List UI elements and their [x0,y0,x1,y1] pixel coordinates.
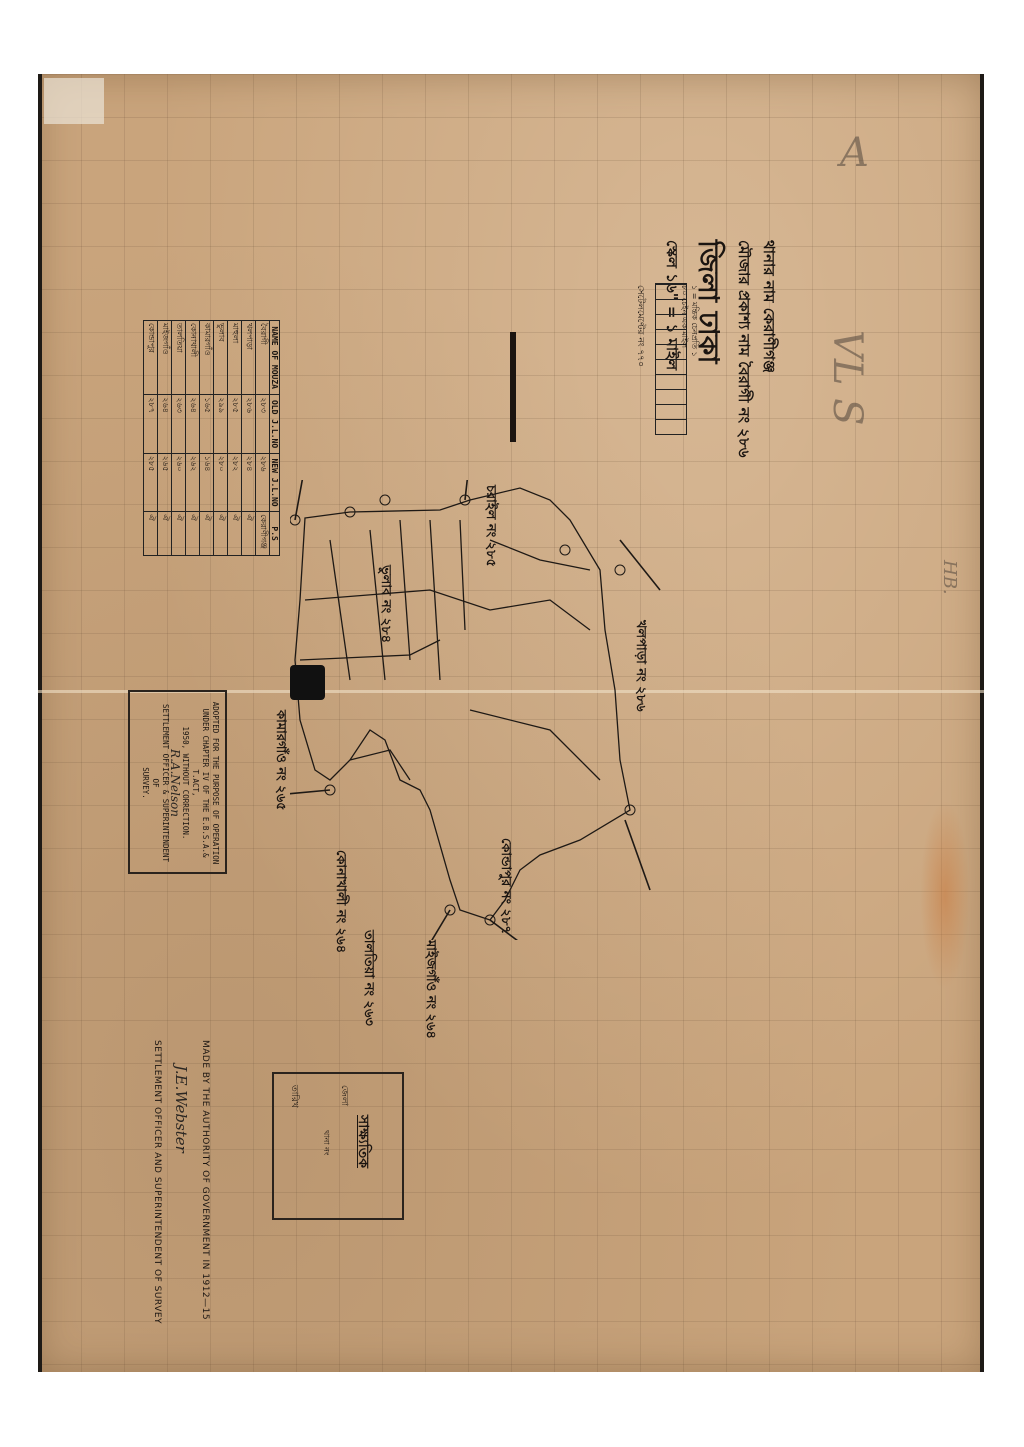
table-cell: খলপাড়া [242,321,256,395]
table-cell: ১৬৪ [200,453,214,511]
table-cell: ২৮৫ [228,395,242,453]
table-cell: ভুলাব [214,321,228,395]
scan-edge-right [980,74,984,1372]
table-header: OLD J.L.NO [270,395,280,453]
tape-patch [44,78,104,124]
table-cell: ২৬৪ [186,395,200,453]
table-cell: ঐ [144,512,158,556]
table-row: খলপাড়া২৮৬২৮৪ঐ [242,321,256,556]
table-cell: ২৮৩ [256,395,270,453]
boundary-label-kholpara: খলপাড়া নং ২৮৬ [629,620,650,712]
table-cell: ২৬৩ [172,395,186,453]
table-row: কামারগাঁও১৬৫১৬৪ঐ [200,321,214,556]
stamp-line: SURVEY. [140,698,150,868]
table-cell: ঐ [228,512,242,556]
stamp-signature: R.A.Nelson [170,698,180,868]
attestation-district: জেলা [337,1085,352,1106]
table-cell: ২৯৯ [214,395,228,453]
pencil-annotation: A [840,130,869,176]
ink-blot [290,665,325,700]
adoption-stamp: ADOPTED FOR THE PURPOSE OF OPERATION UND… [128,690,227,874]
boundary-label-taltia: তালতিয়া নং ২৬৩ [357,930,378,1026]
stamp-line: ADOPTED FOR THE PURPOSE OF OPERATION [210,698,220,868]
table-row: কোনাখালী২৬৪২৬২ঐ [186,321,200,556]
table-cell: ঐ [200,512,214,556]
boundary-label-bhulab: ভুলাব নং ২৮৪ [374,565,395,643]
stain [920,800,970,990]
table-cell: মাইজগাঁও [158,321,172,395]
table-cell: ২৮৬ [242,395,256,453]
table-cell: ২৮৭ [144,395,158,453]
table-cell: কোন্ডাপুর [144,321,158,395]
table-cell: ২৬০ [172,453,186,511]
scan-edge-left [38,74,42,1372]
pencil-annotation: HB. [939,560,960,595]
officer-title: SETTLEMENT OFFICER AND SUPERINTENDENT OF… [152,1040,162,1324]
table-cell: ২৬২ [186,453,200,511]
stamp-line: SETTLEMENT OFFICER & SUPERINTENDENT OF [150,698,170,868]
table-cell: ২৮২ [228,453,242,511]
table-row: তালতিয়া২৬৩২৬০ঐ [172,321,186,556]
attestation-title: সাক্ষ্যতিক [351,1115,375,1168]
table-cell: ঐ [214,512,228,556]
table-cell: ঐ [242,512,256,556]
boundary-label-kamargaon: কামারগাঁও নং ২৬৫ [269,710,290,811]
table-header: P.S [270,512,280,556]
authority-text: MADE BY THE AUTHORITY OF GOVERNMENT IN 1… [200,1040,210,1320]
table-row: মাহুলা২৮৫২৮২ঐ [228,321,242,556]
scale-footer: সেটেলমেণ্টের নং ৭৭০ [633,285,648,367]
table-cell: ২৬৪ [158,395,172,453]
table-cell: কোনাখালী [186,321,200,395]
table-cell: বৈরাগী [256,321,270,395]
boundary-label-konakhali: কোনাখালী নং ২৬৪ [329,850,350,953]
attestation-date: তারিখ [287,1085,302,1108]
table-cell: কামারগাঁও [200,321,214,395]
thana-name: থানার নাম কেরাণীগঞ্জ [755,240,780,458]
authority-signature: J.E.Webster [172,1065,190,1153]
mouza-name: মৌজার প্রকাশ্য নাম বৈরাগী নং ২৮৬ [730,240,755,458]
table-row: মাইজগাঁও২৬৪২৬৫ঐ [158,321,172,556]
table-cell: ২৮৪ [242,453,256,511]
stamp-line: UNDER CHAPTER IV OF THE E.B.S.A.& T.ACT, [190,698,210,868]
table-cell: ২৮০ [214,453,228,511]
table-cell: ঐ [186,512,200,556]
boundary-label-kondapur: কোন্ডাপুর নং ২৮৭ [494,838,515,934]
attestation-thana: থানা নং [319,1130,332,1155]
table-cell: ১৬৫ [200,395,214,453]
table-row: বৈরাগী২৮৩২৮৬কেরাণীগঞ্জ [256,321,270,556]
table-cell: ২৬৫ [158,453,172,511]
table-row: কোন্ডাপুর২৮৭২৮৫ঐ [144,321,158,556]
mouza-table: NAME OF MOUZAOLD J.L.NONEW J.L.NOP.S বৈর… [160,320,280,556]
table-row: ভুলাব২৯৯২৮০ঐ [214,321,228,556]
scale-caption-2: ৮০ চেইন এক মাইল [677,285,690,348]
table-cell: ২৮৫ [144,453,158,511]
table-cell: ঐ [172,512,186,556]
table-cell: ২৮৬ [256,453,270,511]
table-header: NEW J.L.NO [270,453,280,511]
boundary-label-north: চরাইল নং ২৮৫ [479,485,500,567]
pencil-annotation: VL S [824,330,870,426]
table-header: NAME OF MOUZA [270,321,280,395]
table-cell: কেরাণীগঞ্জ [256,512,270,556]
table-cell: তালতিয়া [172,321,186,395]
north-arrow [510,332,516,442]
boundary-label-maijgaon: মাইজগাঁও নং ২৬৪ [419,940,440,1039]
table-cell: ঐ [158,512,172,556]
table-cell: মাহুলা [228,321,242,395]
